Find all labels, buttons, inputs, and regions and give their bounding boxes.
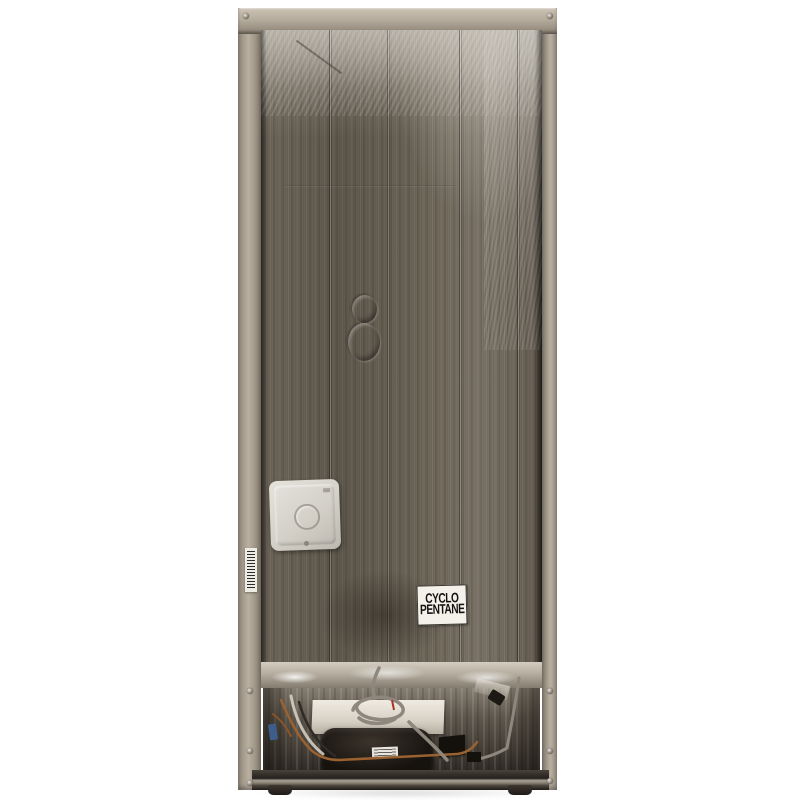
embossed-circles [348,295,382,362]
junction-box-knockout [294,503,321,530]
right-cable [507,678,519,748]
embossed-circle-bottom [348,323,380,361]
junction-box-screw [304,541,309,546]
junction-box-cover [269,479,341,551]
frame-screw [547,778,553,784]
base-rail [252,770,549,790]
panel-crease [285,185,455,187]
cable-connector [467,752,481,762]
compartment-wiring [261,656,542,772]
frame-screw [247,688,253,694]
panel-seam [459,30,462,666]
cyclopentane-sticker: CYCLO PENTANE [416,584,467,625]
frame-screw [547,688,553,694]
floor-shadow [250,788,550,798]
frame-screw [243,13,249,19]
frame-screw [547,748,553,754]
power-cord-coil [353,697,403,719]
embossed-circle-top [352,295,377,323]
compressor-compartment [261,656,542,772]
insulation-back-panel [261,30,542,666]
refrigerator-unit: CYCLO PENTANE [238,8,557,790]
frame-screw [547,13,553,19]
foil-sheen-right [484,30,542,350]
left-frame-rail [238,8,261,790]
frame-screw [247,780,253,786]
junction-box-mark [323,488,330,492]
refrigerator-back-photo: CYCLO PENTANE [0,0,800,800]
copper-tube [339,742,477,760]
frame-screw [247,748,253,754]
panel-seam [517,30,520,666]
panel-edge-shadow-left [261,30,266,666]
panel-edge-shadow-right [535,30,542,666]
power-cord [373,668,379,698]
barcode-sticker [245,548,257,592]
right-frame-rail [542,8,557,790]
cyclopentane-line2: PENTANE [420,603,465,618]
